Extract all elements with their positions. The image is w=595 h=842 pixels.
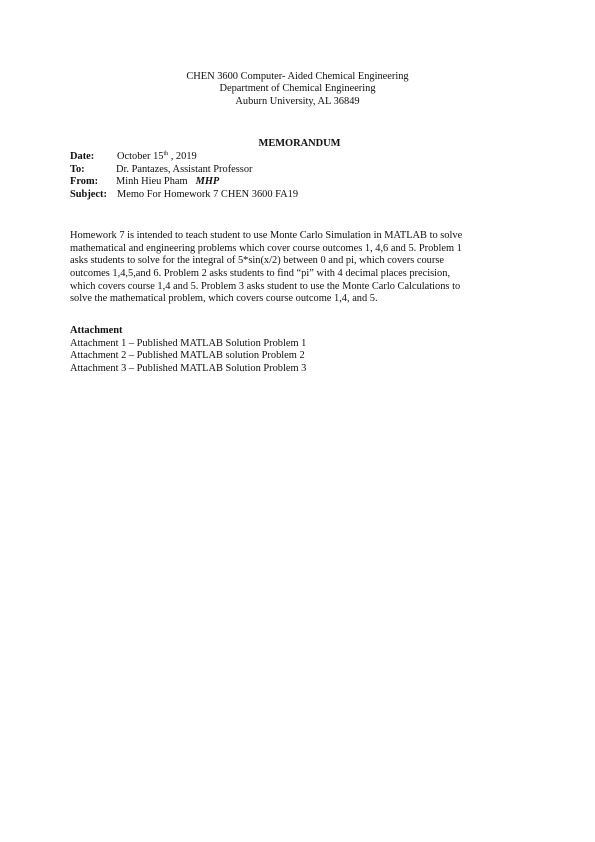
attachment-item: Attachment 2 – Published MATLAB solution… <box>70 350 306 363</box>
letterhead: CHEN 3600 Computer- Aided Chemical Engin… <box>0 71 595 108</box>
from-value: Minh Hieu Pham <box>116 176 188 187</box>
body-line: mathematical and engineering problems wh… <box>70 243 530 256</box>
date-label: Date: <box>70 151 117 164</box>
to-row: To:Dr. Pantazes, Assistant Professor <box>70 164 298 177</box>
subject-row: Subject:Memo For Homework 7 CHEN 3600 FA… <box>70 189 298 202</box>
body-line: solve the mathematical problem, which co… <box>70 293 530 306</box>
memo-body-paragraph: Homework 7 is intended to teach student … <box>70 230 530 306</box>
body-line: which covers course 1,4 and 5. Problem 3… <box>70 281 530 294</box>
date-year: , 2019 <box>168 151 197 162</box>
body-line: asks students to solve for the integral … <box>70 255 530 268</box>
to-value: Dr. Pantazes, Assistant Professor <box>116 164 253 175</box>
attachment-item: Attachment 1 – Published MATLAB Solution… <box>70 338 306 351</box>
to-label: To: <box>70 164 116 177</box>
attachments-section: Attachment Attachment 1 – Published MATL… <box>70 325 306 375</box>
from-initials: MHP <box>196 176 220 187</box>
from-label: From: <box>70 176 116 189</box>
memo-title: MEMORANDUM <box>0 138 595 151</box>
date-row: Date:October 15th , 2019 <box>70 151 298 164</box>
university-address: Auburn University, AL 36849 <box>0 96 595 108</box>
course-title: CHEN 3600 Computer- Aided Chemical Engin… <box>0 71 595 83</box>
date-month-day: October 15 <box>117 151 163 162</box>
date-value: October 15th , 2019 <box>117 151 197 162</box>
attachment-item: Attachment 3 – Published MATLAB Solution… <box>70 363 306 376</box>
body-line: outcomes 1,4,5,and 6. Problem 2 asks stu… <box>70 268 530 281</box>
attachments-heading: Attachment <box>70 325 306 338</box>
memo-meta: Date:October 15th , 2019 To:Dr. Pantazes… <box>70 151 298 201</box>
from-row: From:Minh Hieu PhamMHP <box>70 176 298 189</box>
department-name: Department of Chemical Engineering <box>0 83 595 95</box>
body-line: Homework 7 is intended to teach student … <box>70 230 530 243</box>
subject-value: Memo For Homework 7 CHEN 3600 FA19 <box>117 189 298 200</box>
subject-label: Subject: <box>70 189 117 202</box>
